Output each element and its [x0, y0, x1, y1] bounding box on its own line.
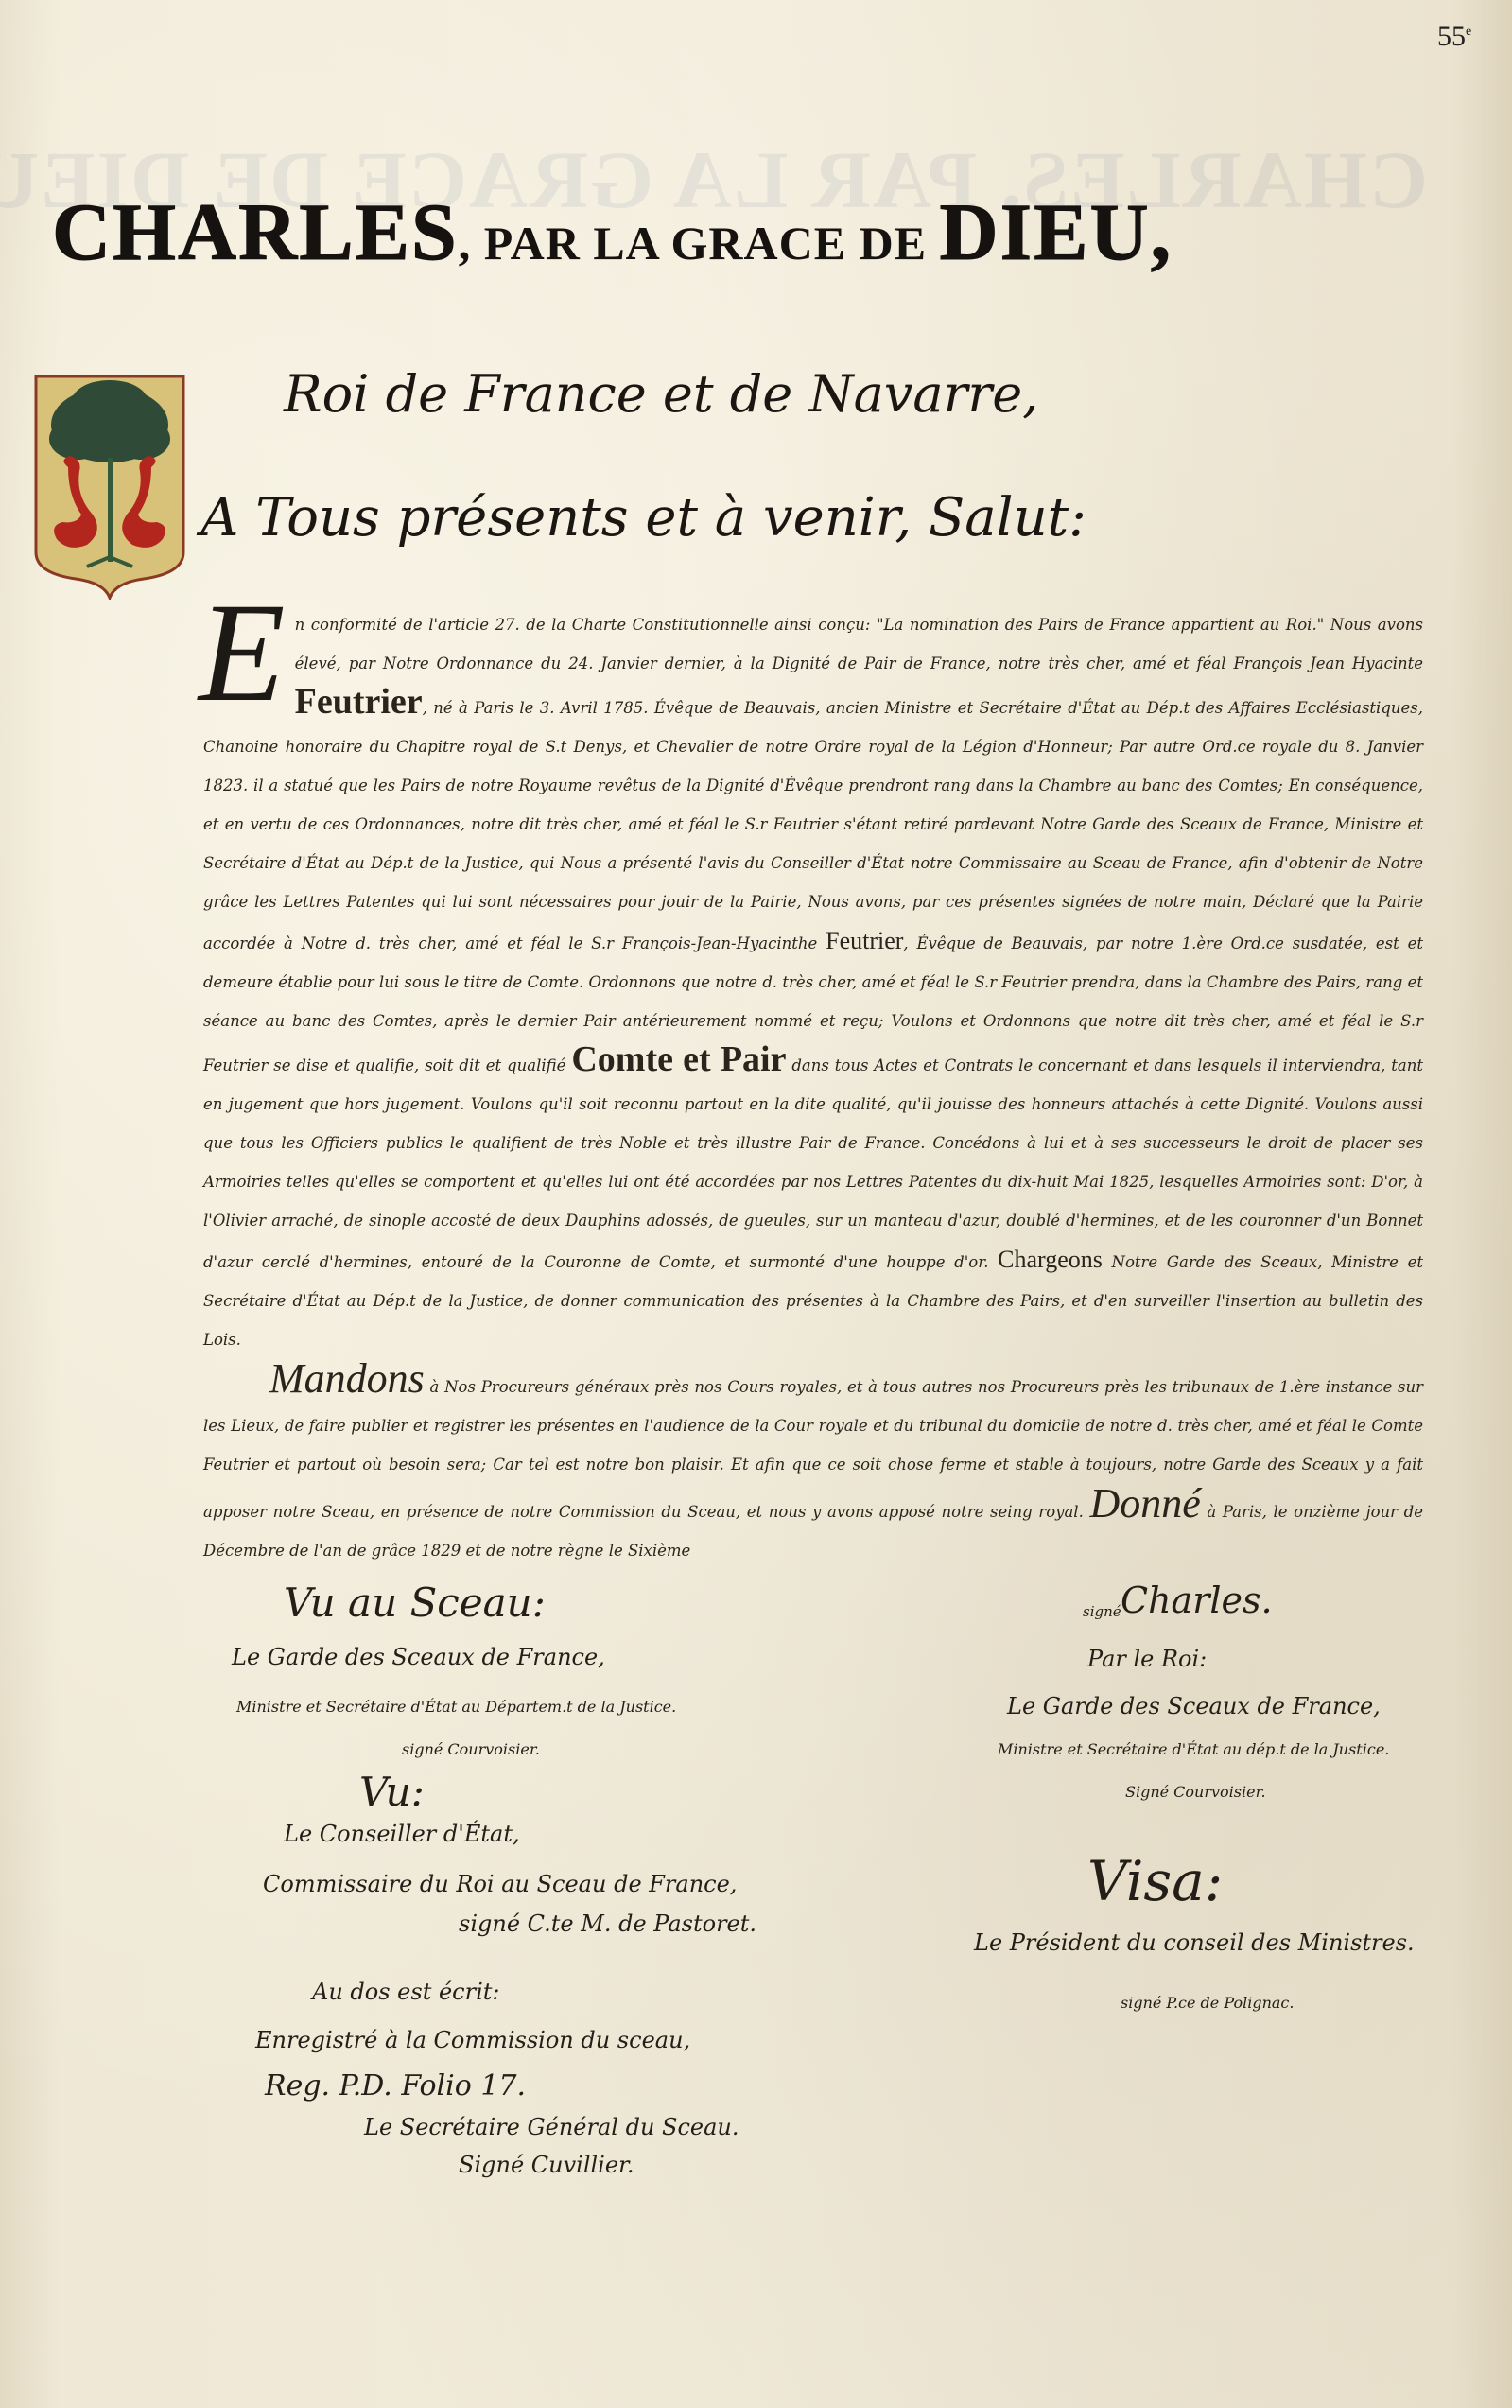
ministre-label-right: Ministre et Secrétaire d'État au dép.t d…: [998, 1740, 1389, 1758]
signature-courvoisier: signé Courvoisier.: [402, 1740, 540, 1758]
word-donne: Donné: [1089, 1480, 1200, 1527]
subtitle-roi: Roi de France et de Navarre,: [284, 364, 1038, 424]
signature-polignac: signé P.ce de Polignac.: [1121, 1994, 1294, 2012]
name-feutrier: Feutrier: [295, 682, 423, 722]
signature-charles: Charles.: [1121, 1579, 1273, 1621]
paragraph-1: E n conformité de l'article 27. de la Ch…: [203, 605, 1423, 1359]
title-dieu: DIEU: [940, 186, 1151, 277]
manuscript-page: CHARLES, PAR LA GRACE DE DIEU 55e CHARLE…: [0, 0, 1512, 2408]
vu-heading: Vu:: [359, 1769, 425, 1815]
title-comma: ,: [1151, 186, 1173, 277]
paragraph-2: Mandons à Nos Procureurs généraux près n…: [203, 1359, 1423, 1570]
visa-heading: Visa:: [1087, 1849, 1223, 1913]
signe-prefix: signé: [1083, 1603, 1121, 1620]
secretaire-label: Le Secrétaire Général du Sceau.: [364, 2114, 739, 2140]
text-run: n conformité de l'article 27. de la Char…: [295, 616, 1423, 672]
garde-des-sceaux-label-right: Le Garde des Sceaux de France,: [1007, 1693, 1381, 1719]
title-charles: CHARLES: [52, 186, 459, 277]
par-le-roi-label: Par le Roi:: [1087, 1646, 1207, 1672]
signature-cuvillier: Signé Cuvillier.: [459, 2152, 634, 2178]
vu-au-sceau-heading: Vu au Sceau:: [284, 1579, 546, 1626]
president-label: Le Président du conseil des Ministres.: [974, 1929, 1415, 1956]
ministre-label: Ministre et Secrétaire d'État au Départe…: [236, 1698, 676, 1716]
word-chargeons: Chargeons: [998, 1246, 1103, 1273]
title-par-la-grace: , PAR LA GRACE DE: [459, 217, 940, 270]
text-run: , né à Paris le 3. Avril 1785. Évêque de…: [203, 699, 1423, 952]
folio-suffix: e: [1466, 25, 1471, 39]
garde-des-sceaux-label: Le Garde des Sceaux de France,: [232, 1644, 605, 1670]
folio-number: 55e: [1437, 21, 1471, 53]
drop-cap: E: [199, 596, 286, 709]
au-dos-label: Au dos est écrit:: [312, 1979, 500, 2005]
registry-reference: Reg. P.D. Folio 17.: [265, 2069, 526, 2103]
enregistre-label: Enregistré à la Commission du sceau,: [255, 2027, 690, 2053]
signature-courvoisier-right: Signé Courvoisier.: [1125, 1783, 1266, 1801]
salutation: A Tous présents et à venir, Salut:: [200, 487, 1086, 549]
conseiller-label: Le Conseiller d'État,: [284, 1821, 520, 1847]
commissaire-label: Commissaire du Roi au Sceau de France,: [263, 1871, 737, 1897]
page-title: CHARLES, PAR LA GRACE DE DIEU,: [52, 184, 1173, 279]
letters-patent-body: E n conformité de l'article 27. de la Ch…: [203, 605, 1423, 1570]
signature-pastoret: signé C.te M. de Pastoret.: [459, 1911, 756, 1937]
text-run: dans tous Actes et Contrats le concernan…: [203, 1056, 1423, 1271]
text-run: , Évêque de Beauvais, par notre 1.ère Or…: [203, 934, 1423, 1074]
folio-value: 55: [1437, 21, 1466, 52]
coat-of-arms-icon: [30, 373, 189, 600]
title-comte-et-pair: Comte et Pair: [571, 1039, 786, 1079]
name-feutrier: Feutrier: [826, 927, 903, 954]
word-mandons: Mandons: [269, 1355, 425, 1402]
